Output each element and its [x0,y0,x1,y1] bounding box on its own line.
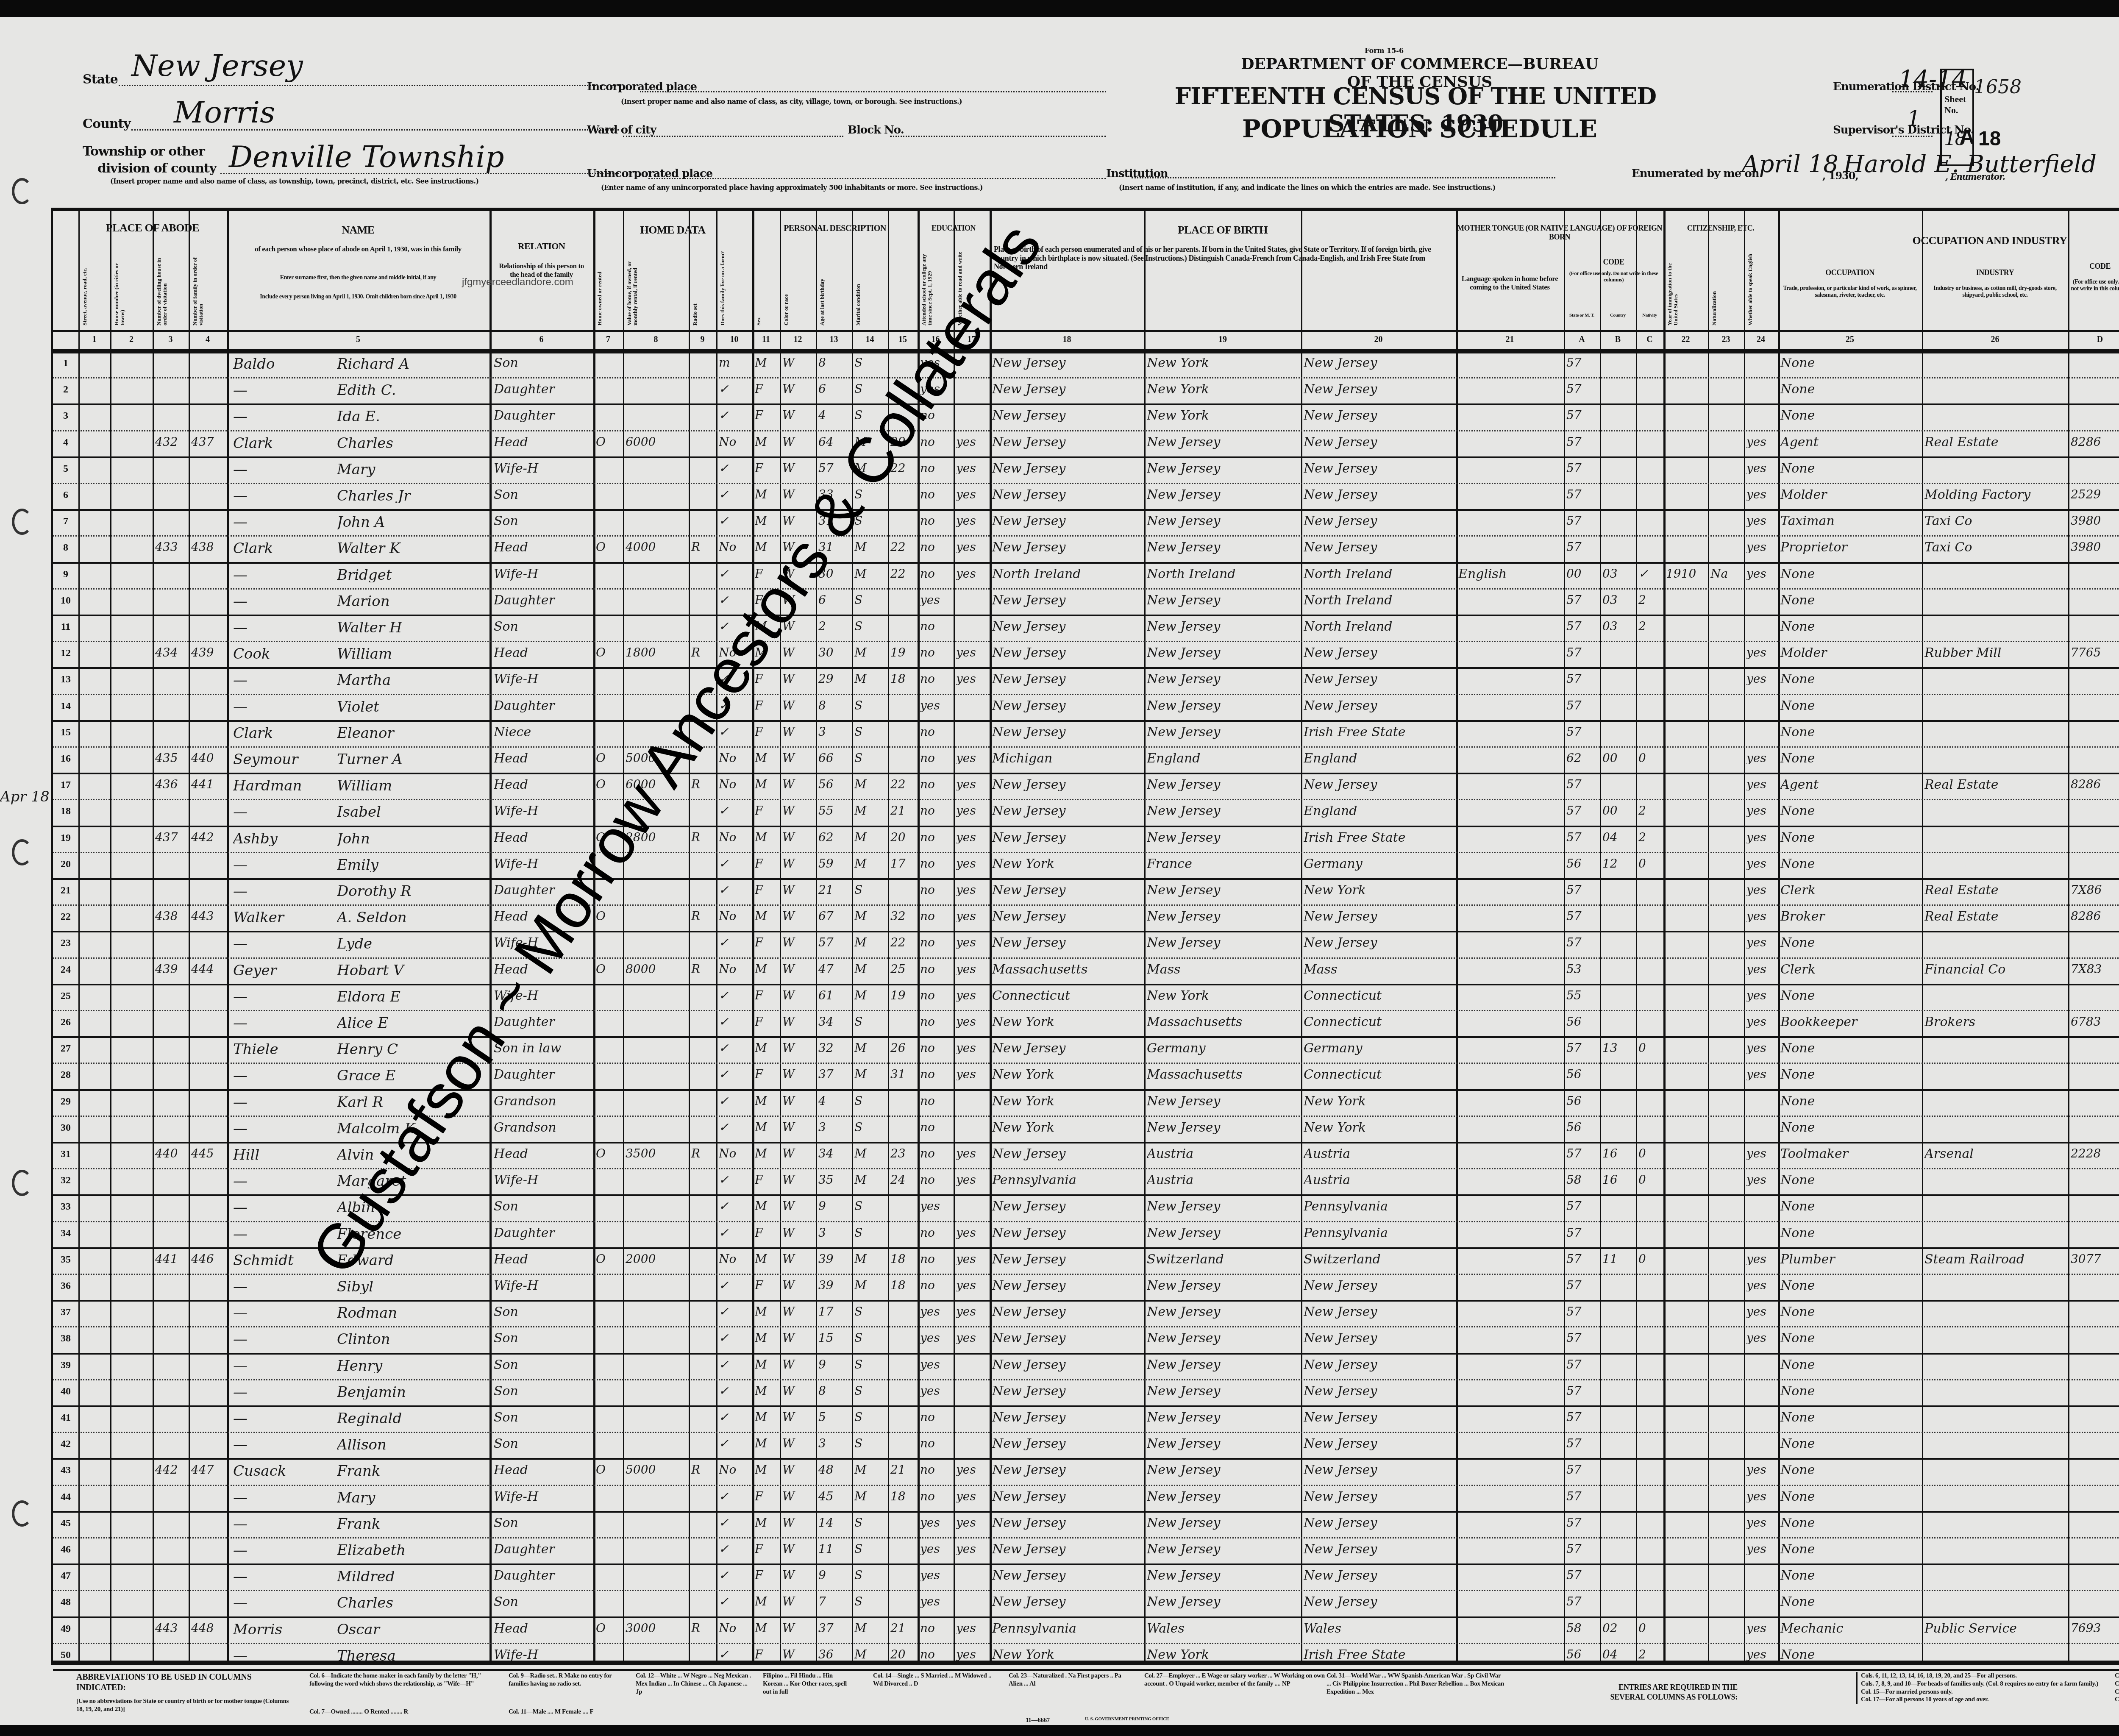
mother-cell: New Jersey [1304,937,1454,949]
pob-cell: Michigan [992,752,1143,765]
surname-cell: — [233,620,335,635]
race-cell: W [782,462,814,474]
code-cell: 3077 [2071,1253,2119,1265]
occ-cell: None [1780,357,1920,370]
a-cell: 57 [1566,462,1598,474]
value-cell: 2000 [626,1253,687,1265]
occ-cell: Proprietor [1780,541,1920,554]
ind-cell: Real Estate [1924,884,2066,897]
marital-cell: S [854,1411,886,1423]
occ-cell: Broker [1780,910,1920,923]
binder-hole [12,1500,32,1527]
school-cell: yes [920,1569,952,1581]
race-cell: W [782,1253,814,1265]
pob-cell: New Jersey [992,594,1143,607]
mother-cell: Germany [1304,1042,1454,1055]
footer-abbrev-note: [Use no abbreviations for State or count… [76,1697,297,1714]
race-cell: W [782,1227,814,1239]
race-cell: W [782,1359,814,1371]
surname-cell: — [233,1095,335,1110]
header-house: House number (in cities or towns) [114,249,126,325]
table-row: 2020—EmilyWife-H✓FW59M17noyesNew YorkFra… [53,852,2119,878]
a-cell: 62 [1566,752,1598,764]
school-cell: yes [920,1596,952,1608]
dwelling-cell: 438 [155,910,187,922]
a-cell: 57 [1566,594,1598,606]
given-name-cell: Mary [337,1491,487,1505]
schedule-title: POPULATION SCHEDULE [1187,114,1653,143]
table-row: 2929—Karl RGrandson✓MW4SnoNew YorkNew Je… [53,1089,2119,1116]
father-cell: Germany [1147,1042,1299,1055]
eng-cell: yes [1746,1068,1776,1080]
occ-cell: Bookkeeper [1780,1016,1920,1029]
county-label: County [83,117,131,131]
occ-cell: None [1780,1411,1920,1424]
school-cell: no [920,673,952,685]
b-cell: 16 [1602,1174,1634,1186]
eng-cell: yes [1746,963,1776,975]
school-cell: no [920,752,952,764]
owned-cell: O [596,1253,621,1265]
relation-cell: Son [494,1411,591,1424]
print-code: 11—6667 [1026,1717,1050,1725]
age_marr-cell: 23 [890,1148,916,1160]
marital-cell: S [854,700,886,712]
line-number: 44 [57,1491,74,1503]
pob-cell: New Jersey [992,1569,1143,1582]
table-row: 4646—ElizabethDaughter✓FW11SyesyesNew Je… [53,1537,2119,1564]
farm-cell: ✓ [719,805,751,817]
father-cell: New Jersey [1147,1411,1299,1424]
age-cell: 9 [818,1200,850,1212]
age-cell: 11 [818,1543,850,1555]
given-name-cell: Benjamin [337,1385,487,1399]
age-cell: 59 [818,858,850,870]
value-cell: 4000 [626,541,687,553]
mother-cell: North Ireland [1304,594,1454,607]
school-cell: no [920,1174,952,1186]
code-cell: 8286 [2071,910,2119,922]
a-cell: 57 [1566,1464,1598,1476]
occ-cell: None [1780,1095,1920,1108]
given-name-cell: Mildred [337,1569,487,1584]
given-name-cell: John A [337,515,487,529]
header-immig: Year of immigration to the United States [1667,249,1679,325]
father-cell: North Ireland [1147,568,1299,581]
mother-cell: Connecticut [1304,1068,1454,1081]
surname-cell: — [233,1359,335,1373]
line-number: 32 [57,1175,74,1186]
table-row: 2525—Eldora EWife-H✓FW61M19noyesConnecti… [53,984,2119,1010]
family-cell: 445 [191,1148,225,1160]
column-number: 8 [623,335,689,345]
table-row: 44ClarkCharlesHead432437O6000NoMW64M29no… [53,430,2119,456]
eng-cell: yes [1746,673,1776,685]
given-name-cell: Hobart V [337,963,487,978]
supervisor-value: 1 [1907,108,1921,129]
line-number: 10 [57,595,74,606]
watermark-site: jfgmyerceedlandore.com [462,276,573,288]
race-cell: W [782,1517,814,1529]
farm-cell: ✓ [719,1569,751,1581]
age_marr-cell: 18 [890,1491,916,1502]
occ-cell: None [1780,620,1920,633]
age-cell: 56 [818,779,850,790]
read-cell: yes [956,1517,988,1529]
occ-cell: None [1780,1596,1920,1608]
ind-cell: Brokers [1924,1016,2066,1029]
line-number: 11 [57,621,74,633]
footer-col7: Col. 7—Owned ........ O Rented ........ … [309,1708,504,1716]
b-cell: 03 [1602,568,1634,580]
read-cell: yes [956,647,988,659]
relation-cell: Head [494,779,591,791]
age_marr-cell: 19 [890,990,916,1002]
father-cell: New York [1147,1649,1299,1661]
pob-cell: New Jersey [992,1280,1143,1292]
entries-7: Cols. 26, 27, and 28—For all persons for… [2115,1688,2119,1696]
table-row: 4141—ReginaldSon✓MW5SnoNew JerseyNew Jer… [53,1405,2119,1432]
line-number: 20 [57,859,74,870]
pob-cell: New Jersey [992,1411,1143,1424]
occ-cell: None [1780,1174,1920,1187]
mother-cell: England [1304,752,1454,765]
age-cell: 21 [818,884,850,896]
occ-cell: None [1780,1438,1920,1450]
family-cell: 438 [191,541,225,553]
line-number: 6 [57,490,74,501]
eng-cell: yes [1746,858,1776,870]
farm-cell: No [719,752,751,764]
occ-cell: Agent [1780,436,1920,449]
father-cell: New Jersey [1147,647,1299,659]
given-name-cell: Reginald [337,1411,487,1426]
school-cell: yes [920,594,952,606]
surname-cell: Clark [233,541,335,556]
line-number: 2 [57,384,74,395]
pob-cell: New Jersey [992,832,1143,844]
value-cell: 5000 [626,1464,687,1476]
father-cell: New York [1147,409,1299,422]
surname-cell: — [233,1649,335,1663]
eng-cell: yes [1746,1253,1776,1265]
a-cell: 57 [1566,805,1598,817]
relation-cell: Son [494,1359,591,1372]
eng-cell: yes [1746,990,1776,1002]
given-name-cell: Richard A [337,357,487,371]
surname-cell: — [233,515,335,529]
given-name-cell: Oscar [337,1622,487,1637]
race-cell: W [782,752,814,764]
surname-cell: — [233,1438,335,1452]
sex-cell: F [755,1649,778,1661]
c-cell: ✓ [1638,568,1662,580]
pob-cell: New York [992,858,1143,871]
code-c-header: Nativity [1636,313,1663,318]
father-cell: New Jersey [1147,1227,1299,1240]
ind-cell: Steam Railroad [1924,1253,2066,1266]
a-cell: 57 [1566,1517,1598,1529]
line-number: 26 [57,1017,74,1028]
occ-cell: None [1780,1359,1920,1372]
marital-cell: M [854,647,886,659]
a-cell: 57 [1566,1385,1598,1397]
c-cell: 2 [1638,1649,1662,1661]
age-cell: 37 [818,1622,850,1634]
school-cell: no [920,963,952,975]
code-cell: 3980 [2071,515,2119,527]
mother-cell: New Jersey [1304,647,1454,659]
father-cell: France [1147,858,1299,871]
age-cell: 3 [818,1227,850,1239]
name-description: of each person whose place of abode on A… [239,245,477,253]
occ-cell: Molder [1780,489,1920,501]
race-cell: W [782,1306,814,1318]
school-cell: no [920,515,952,527]
a-cell: 57 [1566,489,1598,501]
occ-cell: None [1780,805,1920,818]
column-number: A [1564,335,1600,345]
dwelling-cell: 441 [155,1253,187,1265]
sex-cell: M [755,1042,778,1054]
school-cell: no [920,1649,952,1661]
family-cell: 439 [191,647,225,659]
occ-cell: None [1780,1227,1920,1240]
occ-cell: None [1780,1332,1920,1345]
eng-cell: yes [1746,436,1776,448]
age-cell: 66 [818,752,850,764]
father-cell: New Jersey [1147,620,1299,633]
given-name-cell: A. Seldon [337,910,487,925]
marital-cell: S [854,357,886,369]
tongue-code-note: (For office use only. Do not write in th… [1566,270,1661,283]
entries-5: Cols. 21, 22, and 23—For all foreign-bor… [2115,1672,2119,1680]
pob-cell: New York [992,1121,1143,1134]
a-cell: 57 [1566,1306,1598,1318]
sex-cell: F [755,990,778,1002]
race-cell: W [782,990,814,1002]
school-cell: no [920,884,952,896]
marital-cell: M [854,779,886,790]
c-cell: 0 [1638,1042,1662,1054]
surname-cell: — [233,594,335,609]
marital-cell: S [854,1569,886,1581]
relation-cell: Niece [494,726,591,739]
sex-cell: M [755,832,778,843]
sex-cell: F [755,462,778,474]
marital-cell: S [854,752,886,764]
mother-cell: England [1304,805,1454,818]
age-cell: 4 [818,409,850,421]
father-cell: England [1147,752,1299,765]
sex-cell: M [755,779,778,790]
surname-cell: — [233,937,335,951]
read-cell: yes [956,1464,988,1476]
a-cell: 53 [1566,963,1598,975]
owned-cell: O [596,541,621,553]
mother-cell: New Jersey [1304,1596,1454,1608]
radio-cell: R [691,910,715,922]
school-cell: yes [920,1332,952,1344]
sex-cell: F [755,937,778,949]
race-cell: W [782,673,814,685]
farm-cell: ✓ [719,1095,751,1107]
line-number: 33 [57,1201,74,1213]
column-number: 23 [1708,335,1744,345]
section-birth: PLACE OF BIRTH [990,224,1456,236]
eng-cell: yes [1746,832,1776,843]
supervisor-line [1892,136,1933,137]
row-divider [53,330,2119,332]
race-cell: W [782,383,814,395]
sex-cell: F [755,1543,778,1555]
age-cell: 8 [818,357,850,369]
a-cell: 57 [1566,1200,1598,1212]
pob-cell: New Jersey [992,357,1143,370]
school-cell: no [920,1491,952,1502]
relation-cell: Head [494,1148,591,1160]
line-number: 38 [57,1333,74,1344]
marital-cell: M [854,910,886,922]
a-cell: 56 [1566,1121,1598,1133]
eng-cell: yes [1746,779,1776,790]
surname-cell: — [233,884,335,899]
race-cell: W [782,1121,814,1133]
occupation-description: Trade, profession, or particular kind of… [1782,285,1918,299]
marital-cell: S [854,594,886,606]
eng-cell: yes [1746,647,1776,659]
code-cell: 7765 [2071,647,2119,659]
race-cell: W [782,1148,814,1160]
age-cell: 34 [818,1016,850,1028]
table-row: 1414—VioletDaughter✓FW8SyesNew JerseyNew… [53,694,2119,720]
occ-cell: None [1780,1385,1920,1398]
owned-cell: O [596,436,621,448]
c-cell: 2 [1638,832,1662,843]
line-number: 8 [57,542,74,554]
line-number: 41 [57,1412,74,1424]
footer-entries-title: ENTRIES ARE REQUIRED IN THE SEVERAL COLU… [1585,1683,1738,1702]
value-cell: 3500 [626,1148,687,1160]
farm-cell: ✓ [719,1280,751,1291]
age-cell: 39 [818,1280,850,1291]
sex-cell: M [755,1332,778,1344]
ind-cell: Real Estate [1924,779,2066,791]
father-cell: Wales [1147,1622,1299,1635]
a-cell: 57 [1566,700,1598,712]
sex-cell: M [755,1359,778,1371]
age-cell: 6 [818,383,850,395]
table-row: 1818—IsabelWife-H✓FW55M21noyesNew Jersey… [53,799,2119,825]
unincorporated-line [648,178,1106,179]
given-name-cell: Eleanor [337,726,487,740]
mother-cell: New Jersey [1304,436,1454,449]
column-number: D [2068,335,2119,345]
table-row: 77—John ASon✓MW31SnoyesNew JerseyNew Jer… [53,509,2119,535]
mother-cell: New Jersey [1304,409,1454,422]
father-cell: New Jersey [1147,594,1299,607]
school-cell: yes [920,1359,952,1371]
a-cell: 58 [1566,1174,1598,1186]
relation-cell: Wife-H [494,1174,591,1187]
race-cell: W [782,858,814,870]
surname-cell: — [233,1332,335,1347]
a-cell: 56 [1566,1095,1598,1107]
relation-cell: Daughter [494,409,591,422]
sex-cell: F [755,1068,778,1080]
given-name-cell: Edith C. [337,383,487,398]
surname-cell: — [233,990,335,1004]
school-cell: yes [920,700,952,712]
father-cell: New Jersey [1147,700,1299,712]
race-cell: W [782,1622,814,1634]
age-cell: 3 [818,726,850,738]
race-cell: W [782,1491,814,1502]
surname-cell: — [233,1569,335,1584]
value-cell: 1800 [626,647,687,659]
relation-cell: Wife-H [494,1280,591,1292]
owned-cell: O [596,1148,621,1160]
incorporated-note: (Insert proper name and also name of cla… [621,97,962,106]
farm-cell: ✓ [719,1200,751,1212]
read-cell: yes [956,1306,988,1318]
age_marr-cell: 19 [890,647,916,659]
section-name: NAME [227,224,489,236]
dwelling-cell: 440 [155,1148,187,1160]
county-value: Morris [174,97,275,127]
eng-cell: yes [1746,1332,1776,1344]
a-cell: 57 [1566,726,1598,738]
age-cell: 39 [818,1253,850,1265]
relation-cell: Daughter [494,383,591,396]
language-description: Language spoken in home before coming to… [1458,275,1562,291]
farm-cell: No [719,541,751,553]
eng-cell: yes [1746,1491,1776,1502]
mother-cell: Austria [1304,1174,1454,1187]
occ-cell: None [1780,937,1920,949]
mother-cell: New Jersey [1304,779,1454,791]
mother-cell: Wales [1304,1622,1454,1635]
farm-cell: ✓ [719,1306,751,1318]
table-row: 1919AshbyJohnHead437442O2800RNoMW62M20no… [53,826,2119,852]
father-cell: Mass [1147,963,1299,976]
given-name-cell: Emily [337,858,487,872]
surname-cell: — [233,1280,335,1294]
state-label: State [83,72,118,87]
farm-cell: ✓ [719,1227,751,1239]
marital-cell: M [854,963,886,975]
read-cell: yes [956,462,988,474]
given-name-cell: Clinton [337,1332,487,1347]
school-cell: no [920,568,952,580]
b-cell: 03 [1602,620,1634,632]
read-cell: yes [956,1649,988,1661]
father-cell: New Jersey [1147,1359,1299,1372]
radio-cell: R [691,963,715,975]
pob-cell: New Jersey [992,1385,1143,1398]
surname-cell: — [233,1385,335,1399]
sex-cell: F [755,383,778,395]
school-cell: no [920,1438,952,1449]
age-cell: 57 [818,937,850,949]
ward-line [623,136,843,137]
age-cell: 47 [818,963,850,975]
age-cell: 37 [818,1068,850,1080]
header-farm: Does this family live on a farm? [720,249,726,325]
read-cell: yes [956,832,988,843]
given-name-cell: Ida E. [337,409,487,424]
marital-cell: M [854,1174,886,1186]
